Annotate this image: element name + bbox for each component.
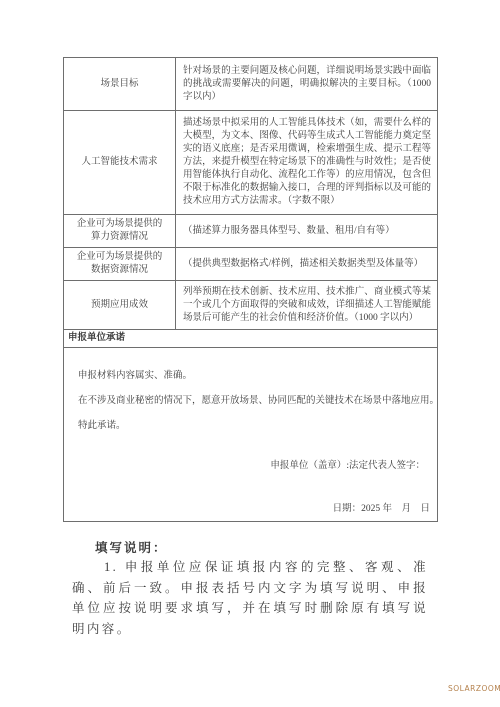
table-row: 企业可为场景提供的数据资源情况 （提供典型数据格式/样例，描述相关数据类型及体量… [64, 248, 438, 281]
row-content-scene-goal: 针对场景的主要问题及核心问题，详细说明场景实践中面临的挑战或需要解决的问题，明确… [176, 58, 438, 111]
date-line: 日期：2025 年 月 日 [333, 503, 430, 516]
row-content-data-resources: （提供典型数据格式/样例，描述相关数据类型及体量等） [176, 248, 438, 281]
table-row: 申报材料内容属实、准确。 在不涉及商业秘密的情况下，愿意开放场景、协同匹配的关键… [64, 348, 438, 522]
row-content-expected-results: 列举预期在技术创新、技术应用、技术推广、商业模式等某一个或几个方面取得的突破和成… [176, 281, 438, 330]
row-label-expected-results: 预期应用成效 [64, 281, 176, 330]
row-label-ai-tech-demand: 人工智能技术需求 [64, 111, 176, 215]
row-content-ai-tech-demand: 描述场景中拟采用的人工智能具体技术（如，需要什么样的大模型，为文本、图像、代码等… [176, 111, 438, 215]
commitment-line-1: 申报材料内容属实、准确。 [78, 370, 192, 383]
commitment-line-2: 在不涉及商业秘密的情况下，愿意开放场景、协同匹配的关键技术在场景中落地应用。 [78, 395, 438, 408]
watermark-text: SOLARZOOM [448, 684, 500, 693]
notes-title: 填写说明： [95, 538, 168, 556]
row-content-compute-resources: （描述算力服务器具体型号、数量、租用/自有等） [176, 215, 438, 248]
row-label-scene-goal: 场景目标 [64, 58, 176, 111]
signature-line: 申报单位（盖章）:法定代表人签字： [270, 460, 425, 473]
table-row: 人工智能技术需求 描述场景中拟采用的人工智能具体技术（如，需要什么样的大模型，为… [64, 111, 438, 215]
table-row: 企业可为场景提供的算力资源情况 （描述算力服务器具体型号、数量、租用/自有等） [64, 215, 438, 248]
notes-paragraph: 1. 申报单位应保证填报内容的完整、客观、准确、前后一致。申报表括号内文字为填写… [72, 557, 428, 639]
row-label-data-resources: 企业可为场景提供的数据资源情况 [64, 248, 176, 281]
application-form-table: 场景目标 针对场景的主要问题及核心问题，详细说明场景实践中面临的挑战或需要解决的… [63, 57, 438, 522]
document-page: 场景目标 针对场景的主要问题及核心问题，详细说明场景实践中面临的挑战或需要解决的… [0, 0, 500, 707]
table-row: 申报单位承诺 [64, 330, 438, 348]
commitment-line-3: 特此承诺。 [78, 420, 126, 433]
commitment-header: 申报单位承诺 [64, 330, 438, 348]
row-label-compute-resources: 企业可为场景提供的算力资源情况 [64, 215, 176, 248]
table-row: 场景目标 针对场景的主要问题及核心问题，详细说明场景实践中面临的挑战或需要解决的… [64, 58, 438, 111]
table-row: 预期应用成效 列举预期在技术创新、技术应用、技术推广、商业模式等某一个或几个方面… [64, 281, 438, 330]
commitment-body: 申报材料内容属实、准确。 在不涉及商业秘密的情况下，愿意开放场景、协同匹配的关键… [64, 348, 438, 522]
